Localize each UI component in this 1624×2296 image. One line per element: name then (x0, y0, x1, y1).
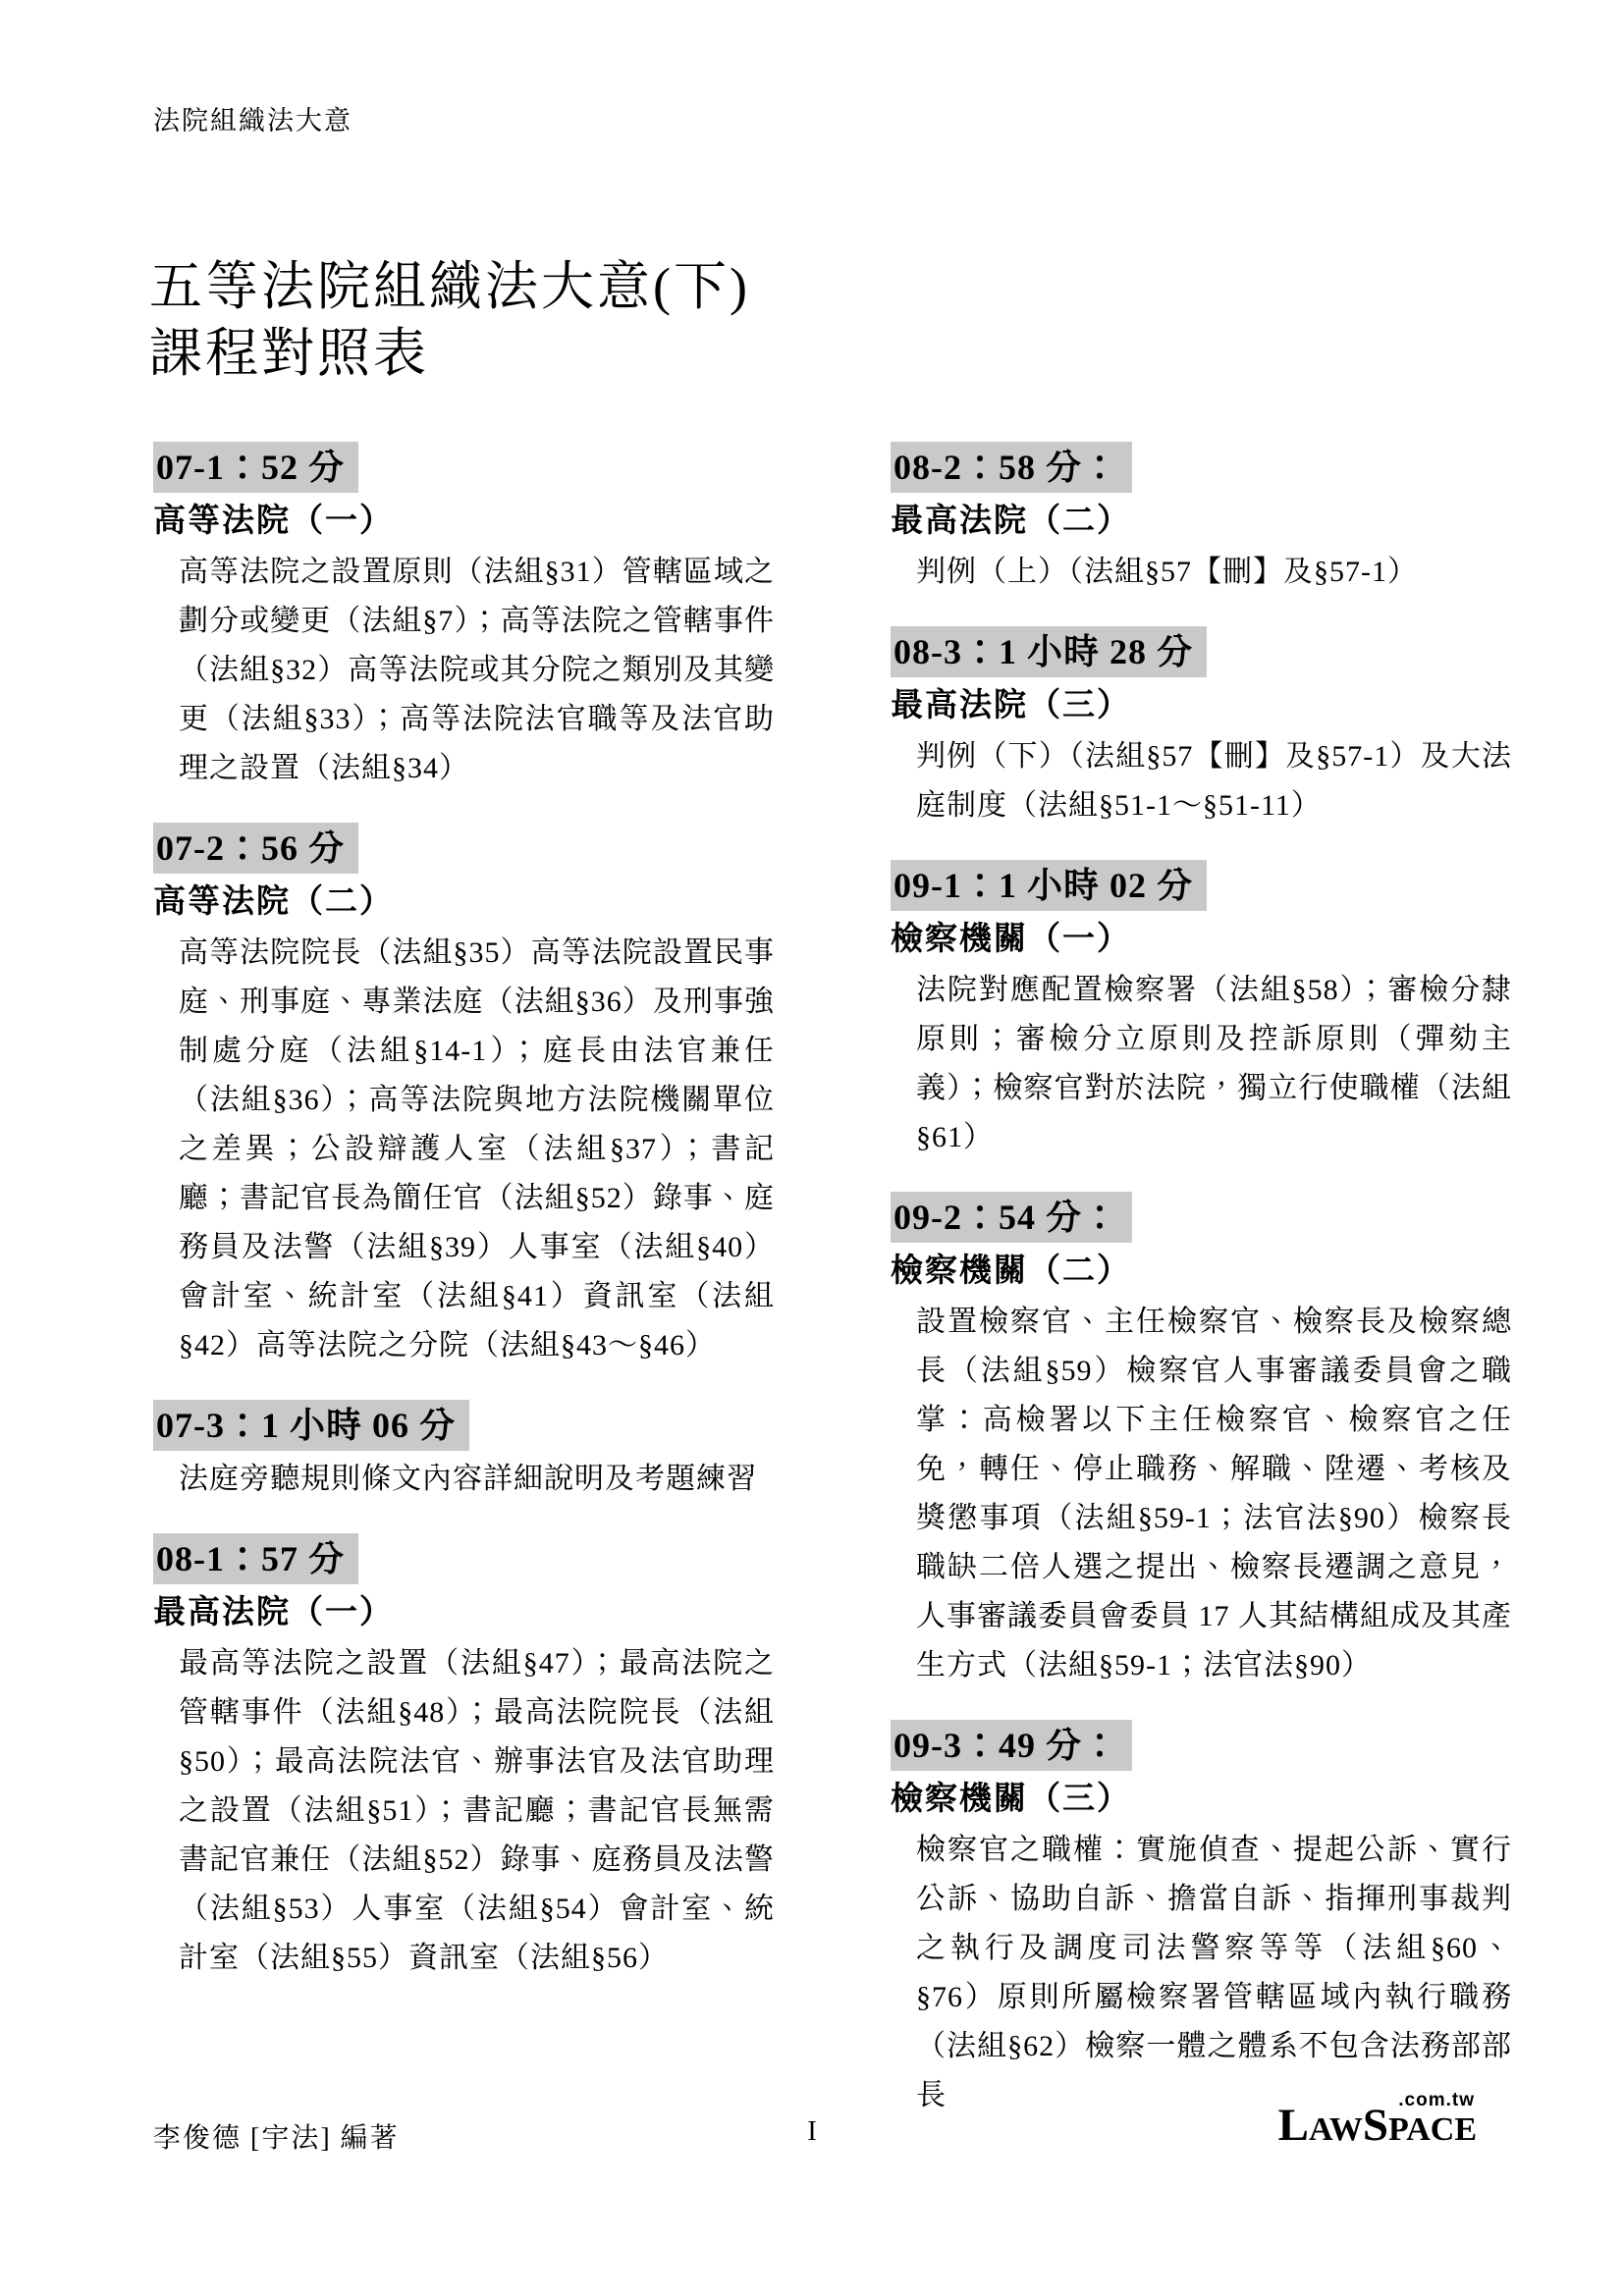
course-section: 08-1：57 分 最高法院（一） 最高等法院之設置（法組§47）；最高法院之管… (153, 1533, 775, 1983)
column-left: 07-1：52 分 高等法院（一） 高等法院之設置原則（法組§31）管轄區域之劃… (153, 442, 775, 2012)
section-subtitle: 檢察機關（二） (891, 1249, 1512, 1294)
section-header-row: 09-1：1 小時 02 分 (891, 860, 1512, 911)
section-subtitle: 高等法院（一） (153, 499, 775, 544)
section-header-row: 08-3：1 小時 28 分 (891, 626, 1512, 677)
course-section: 08-3：1 小時 28 分 最高法院（三） 判例（下）（法組§57【刪】及§5… (891, 626, 1512, 830)
section-subtitle: 最高法院（一） (153, 1590, 775, 1635)
document-page: 法院組織法大意 五等法院組織法大意(下) 課程對照表 07-1：52 分 高等法… (0, 0, 1624, 2296)
section-body: 判例（下）（法組§57【刪】及§57-1）及大法庭制度（法組§51-1～§51-… (916, 732, 1512, 830)
logo-wordmark: LAWSPACE (1278, 2104, 1477, 2158)
section-time-header: 07-2：56 分 (153, 823, 358, 874)
course-section: 08-2：58 分： 最高法院（二） 判例（上）（法組§57【刪】及§57-1） (891, 442, 1512, 597)
section-subtitle: 最高法院（三） (891, 683, 1512, 728)
section-subtitle: 最高法院（二） (891, 499, 1512, 544)
page-title: 五等法院組織法大意(下) 課程對照表 (149, 253, 750, 387)
section-header-row: 09-2：54 分： (891, 1192, 1512, 1243)
section-header-row: 08-2：58 分： (891, 442, 1512, 493)
logo-letter-s: S (1363, 2100, 1388, 2151)
section-body: 高等法院院長（法組§35）高等法院設置民事庭、刑事庭、專業法庭（法組§36）及刑… (179, 929, 775, 1370)
section-time-header: 07-1：52 分 (153, 442, 358, 493)
course-section: 09-2：54 分： 檢察機關（二） 設置檢察官、主任檢察官、檢察長及檢察總長（… (891, 1192, 1512, 1690)
section-header-row: 07-3：1 小時 06 分 (153, 1400, 775, 1451)
section-body: 高等法院之設置原則（法組§31）管轄區域之劃分或變更（法組§7）；高等法院之管轄… (179, 548, 775, 793)
course-section: 09-1：1 小時 02 分 檢察機關（一） 法院對應配置檢察署（法組§58）；… (891, 860, 1512, 1162)
course-section: 07-2：56 分 高等法院（二） 高等法院院長（法組§35）高等法院設置民事庭… (153, 823, 775, 1370)
section-subtitle: 檢察機關（一） (891, 917, 1512, 962)
page-title-line1: 五等法院組織法大意(下) (149, 253, 750, 320)
section-subtitle: 檢察機關（三） (891, 1777, 1512, 1822)
section-body: 判例（上）（法組§57【刪】及§57-1） (916, 548, 1512, 597)
section-body: 最高等法院之設置（法組§47）；最高法院之管轄事件（法組§48）；最高法院院長（… (179, 1639, 775, 1983)
running-header: 法院組織法大意 (153, 104, 352, 137)
lawspace-logo: .com.tw LAWSPACE (1278, 2091, 1477, 2158)
section-body: 檢察官之職權：實施偵查、提起公訴、實行公訴、協助自訴、擔當自訴、指揮刑事裁判之執… (916, 1826, 1512, 2120)
section-time-header: 09-1：1 小時 02 分 (891, 860, 1207, 911)
logo-letter-l: L (1278, 2100, 1309, 2151)
section-time-header: 08-3：1 小時 28 分 (891, 626, 1207, 677)
section-time-header: 08-2：58 分： (891, 442, 1132, 493)
logo-letters-pace: PACE (1388, 2111, 1477, 2148)
logo-letters-aw: AW (1309, 2111, 1363, 2148)
section-time-header: 09-2：54 分： (891, 1192, 1132, 1243)
section-time-header: 09-3：49 分： (891, 1720, 1132, 1771)
section-time-header: 08-1：57 分 (153, 1533, 358, 1584)
section-header-row: 07-1：52 分 (153, 442, 775, 493)
column-right: 08-2：58 分： 最高法院（二） 判例（上）（法組§57【刪】及§57-1）… (891, 442, 1512, 2150)
course-section: 07-3：1 小時 06 分 法庭旁聽規則條文內容詳細說明及考題練習 (153, 1400, 775, 1504)
section-body: 法庭旁聽規則條文內容詳細說明及考題練習 (179, 1455, 775, 1504)
course-section: 07-1：52 分 高等法院（一） 高等法院之設置原則（法組§31）管轄區域之劃… (153, 442, 775, 793)
section-header-row: 09-3：49 分： (891, 1720, 1512, 1771)
section-body: 設置檢察官、主任檢察官、檢察長及檢察總長（法組§59）檢察官人事審議委員會之職掌… (916, 1298, 1512, 1690)
section-time-header: 07-3：1 小時 06 分 (153, 1400, 469, 1451)
section-body: 法院對應配置檢察署（法組§58）；審檢分隸原則；審檢分立原則及控訴原則（彈劾主義… (916, 966, 1512, 1162)
section-header-row: 07-2：56 分 (153, 823, 775, 874)
content-columns: 07-1：52 分 高等法院（一） 高等法院之設置原則（法組§31）管轄區域之劃… (153, 442, 1512, 2150)
section-header-row: 08-1：57 分 (153, 1533, 775, 1584)
page-title-line2: 課程對照表 (149, 320, 750, 387)
section-subtitle: 高等法院（二） (153, 880, 775, 925)
course-section: 09-3：49 分： 檢察機關（三） 檢察官之職權：實施偵查、提起公訴、實行公訴… (891, 1720, 1512, 2120)
